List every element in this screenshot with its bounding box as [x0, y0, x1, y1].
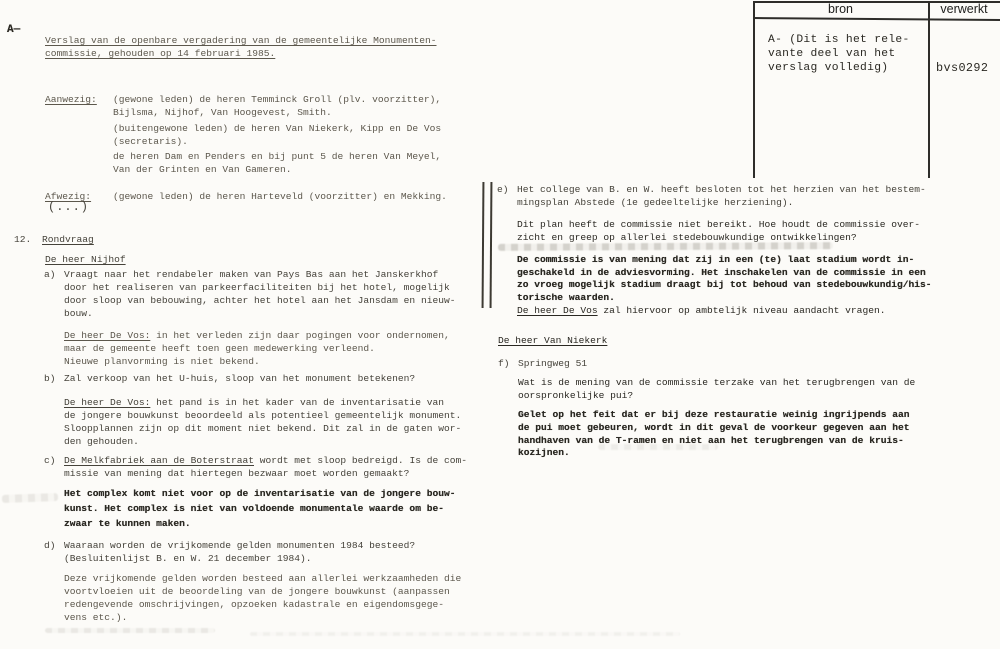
item-d-question: Waaraan worden de vrijkomende gelden mon… — [64, 539, 474, 565]
item-e-para3: De commissie is van mening dat zij in ee… — [517, 254, 995, 304]
afwezig-group-1: (gewone leden) de heren Harteveld (voorz… — [113, 190, 493, 203]
item-c-marker: c) — [44, 454, 56, 467]
subject-melkfabriek: De Melkfabriek aan de Boterstraat — [64, 455, 254, 466]
speaker-nijhof: De heer Nijhof — [45, 253, 126, 266]
omission-ellipsis: (...) — [48, 201, 89, 214]
item-c-answer: Het complex komt niet voor op de inventa… — [64, 486, 479, 531]
document-title: Verslag van de openbare vergadering van … — [45, 34, 475, 60]
table-left-border — [753, 1, 755, 178]
speaker-van-niekerk: De heer Van Niekerk — [498, 334, 607, 347]
speaker-inline-devos: De heer De Vos: — [64, 397, 150, 408]
bron-note: A- (Dit is het rele- vante deel van het … — [768, 33, 928, 75]
item-a-answer: De heer De Vos: in het verleden zijn daa… — [64, 329, 474, 368]
aanwezig-group-1: (gewone leden) de heren Temminck Groll (… — [113, 93, 473, 119]
item-b-answer: De heer De Vos: het pand is in het kader… — [64, 396, 479, 448]
table-column-divider — [928, 1, 930, 178]
aanwezig-group-2: (buitengewone leden) de heren Van Nieker… — [113, 122, 473, 148]
verwerkt-code: bvs0292 — [936, 62, 988, 75]
speaker-inline-devos: De heer De Vos — [517, 305, 598, 316]
item-d-answer: Deze vrijkomende gelden worden besteed a… — [64, 572, 479, 624]
scan-smudge — [45, 628, 215, 633]
scanned-document-page: bron verwerkt A- (Dit is het rele- vante… — [0, 0, 1000, 649]
item-d-marker: d) — [44, 539, 56, 552]
margin-emphasis-mark — [482, 182, 493, 308]
table-header-bron: bron — [753, 2, 928, 16]
table-header-separator — [753, 17, 1000, 20]
item-e-para2: Dit plan heeft de commissie niet bereikt… — [517, 218, 987, 244]
item-b-question: Zal verkoop van het U-huis, sloop van he… — [64, 372, 474, 385]
aanwezig-label: Aanwezig: — [45, 93, 97, 106]
item-a-marker: a) — [44, 268, 56, 281]
margin-label: A— — [7, 24, 20, 37]
speaker-inline-devos: De heer De Vos: — [64, 330, 150, 341]
item-f-subject: Springweg 51 — [518, 357, 587, 370]
scan-smudge — [2, 493, 58, 503]
agenda-number: 12. — [14, 233, 31, 246]
item-f-answer: Gelet op het feit dat er bij deze restau… — [518, 409, 996, 460]
item-c-question: De Melkfabriek aan de Boterstraat wordt … — [64, 454, 479, 480]
item-a-question: Vraagt naar het rendabeler maken van Pay… — [64, 268, 474, 320]
table-header-verwerkt: verwerkt — [928, 2, 1000, 16]
scan-smudge — [250, 632, 680, 636]
statement-text: zal hiervoor op ambtelijk niveau aandach… — [598, 305, 886, 316]
item-f-marker: f) — [498, 357, 510, 370]
agenda-title: Rondvraag — [42, 233, 94, 246]
item-e-marker: e) — [497, 183, 509, 196]
aanwezig-group-3: de heren Dam en Penders en bij punt 5 de… — [113, 150, 473, 176]
erased-text-smudge — [498, 242, 833, 251]
item-b-marker: b) — [44, 372, 56, 385]
item-f-question: Wat is de mening van de commissie terzak… — [518, 376, 996, 402]
item-e-para4: De heer De Vos zal hiervoor op ambtelijk… — [517, 304, 987, 317]
scan-smudge — [598, 444, 718, 450]
item-e-question: Het college van B. en W. heeft besloten … — [517, 183, 987, 209]
